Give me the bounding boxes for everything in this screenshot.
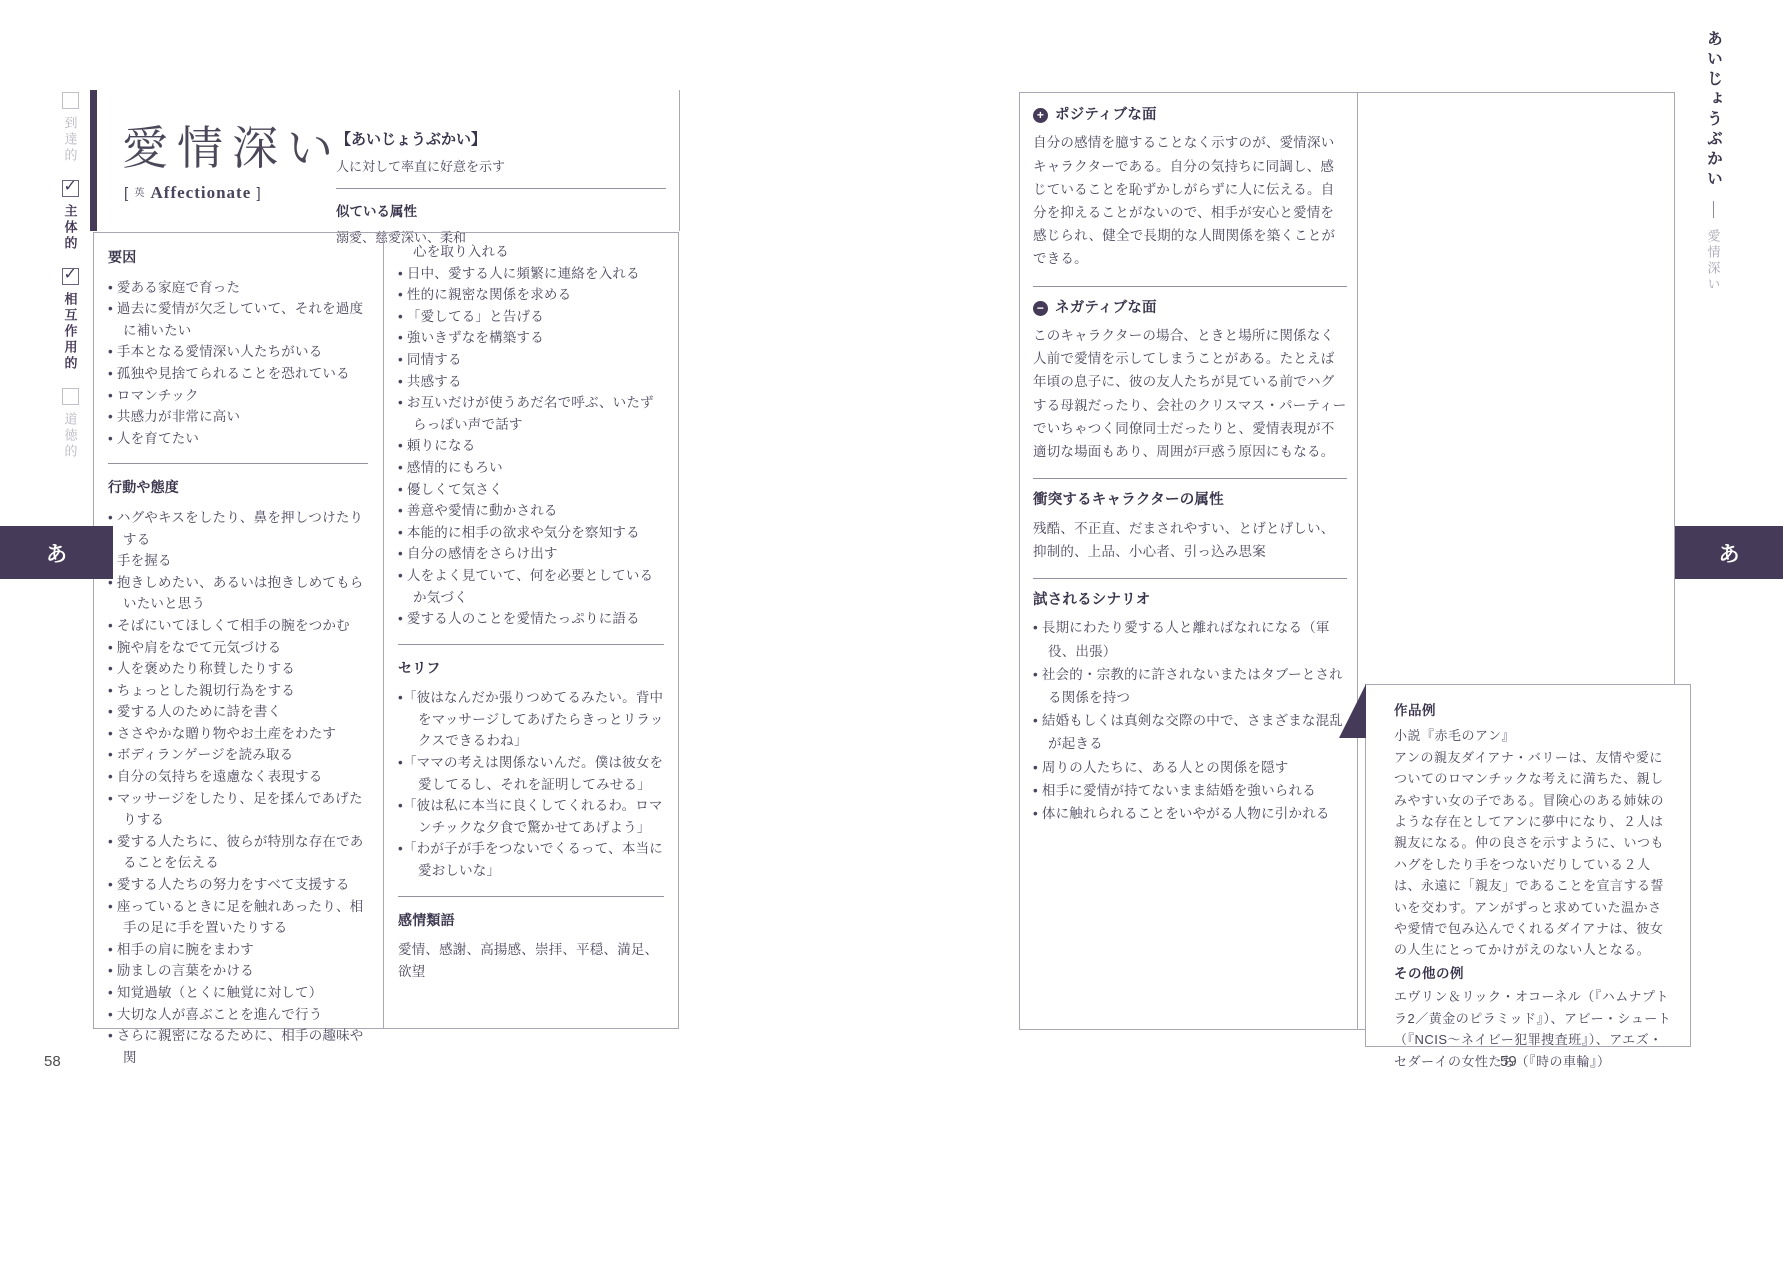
scenarios-list: 長期にわたり愛する人と離ればなれになる（軍役、出張）社会的・宗教的に許されないま… xyxy=(1033,616,1347,825)
causes-list: 愛ある家庭で育った過去に愛情が欠乏していて、それを過度に補いたい手本となる愛情深… xyxy=(108,277,370,450)
trait-category-checklist: 到達的 主体的 相互作用的 道徳的 xyxy=(56,92,84,460)
list-item: 自分の感情をさらけ出す xyxy=(398,543,666,565)
section-title: ネガティブな面 xyxy=(1055,300,1157,317)
list-item: マッサージをしたり、足を揉んであげたりする xyxy=(108,788,370,831)
positive-text: 自分の感情を臆することなく示すのが、愛情深いキャラクターである。自分の気持ちに同… xyxy=(1033,131,1347,270)
list-item: 社会的・宗教的に許されないまたはタブーとされる関係を持つ xyxy=(1033,663,1347,709)
entry-title: 愛情深い xyxy=(122,112,342,178)
page-margin-label: あいじょうぶかい 愛情深い xyxy=(1699,30,1727,293)
book-spread: 到達的 主体的 相互作用的 道徳的 愛情深い [ 英 Affectionate … xyxy=(0,0,1783,1275)
list-item: 抱きしめたい、あるいは抱きしめてもらいたいと思う xyxy=(108,572,370,615)
causes-heading: 要因 xyxy=(108,247,370,269)
divider xyxy=(398,896,664,897)
list-item: 強いきずなを構築する xyxy=(398,327,666,349)
list-item: 同情する xyxy=(398,349,666,371)
divider xyxy=(398,644,664,645)
column-divider xyxy=(1357,93,1358,1029)
behaviors-continuation: 心を取り入れる xyxy=(398,241,666,263)
category-item: 道徳的 xyxy=(61,388,80,460)
page-number-left: 58 xyxy=(44,1053,61,1070)
checkbox-icon xyxy=(62,268,79,285)
list-item: 愛する人たちの努力をすべて支援する xyxy=(108,874,370,896)
list-item: ハグやキスをしたり、鼻を押しつけたりする xyxy=(108,507,370,550)
minus-circle-icon: − xyxy=(1033,301,1048,316)
language-tag: 英 xyxy=(134,188,145,199)
negative-text: このキャラクターの場合、ときと場所に関係なく人前で愛情を示してしまうことがある。… xyxy=(1033,324,1347,463)
section-title: ポジティブな面 xyxy=(1055,107,1157,124)
list-item: 相手の肩に腕をまわす xyxy=(108,939,370,961)
list-item: お互いだけが使うあだ名で呼ぶ、いたずらっぽい声で話す xyxy=(398,392,666,435)
list-item: 人を褒めたり称賛したりする xyxy=(108,658,370,680)
quotes-heading: セリフ xyxy=(398,658,666,680)
list-item: そばにいてほしくて相手の腕をつかむ xyxy=(108,615,370,637)
list-item: 人を育てたい xyxy=(108,428,370,450)
left-column-2: 心を取り入れる 日中、愛する人に頻繁に連絡を入れる性的に親密な関係を求める「愛し… xyxy=(384,233,678,1028)
list-item: 励ましの言葉をかける xyxy=(108,960,370,982)
category-label: 到達的 xyxy=(61,116,80,164)
list-item: 知覚過敏（とくに触覚に対して） xyxy=(108,982,370,1004)
category-item: 到達的 xyxy=(61,92,80,164)
list-item: ボディランゲージを読み取る xyxy=(108,744,370,766)
list-item: 愛する人のことを愛情たっぷりに語る xyxy=(398,608,666,630)
works-title: 小説『赤毛のアン』 xyxy=(1394,725,1674,746)
divider xyxy=(1713,201,1714,218)
similar-traits-heading: 似ている属性 xyxy=(336,200,666,220)
right-column-1: + ポジティブな面 自分の感情を臆することなく示すのが、愛情深いキャラクターであ… xyxy=(1033,105,1347,825)
list-item: 結婚もしくは真剣な交際の中で、さまざまな混乱が起きる xyxy=(1033,709,1347,755)
margin-reading: あいじょうぶかい xyxy=(1702,30,1725,190)
divider xyxy=(1033,578,1347,579)
list-item: 頼りになる xyxy=(398,435,666,457)
entry-header: 愛情深い [ 英 Affectionate ] 【あいじょうぶかい】 人に対して… xyxy=(90,90,680,231)
list-item: 共感力が非常に高い xyxy=(108,406,370,428)
divider xyxy=(1033,286,1347,287)
list-item: 共感する xyxy=(398,371,666,393)
left-column-1: 要因 愛ある家庭で育った過去に愛情が欠乏していて、それを過度に補いたい手本となる… xyxy=(94,233,383,1028)
category-item: 主体的 xyxy=(61,180,80,252)
behaviors-list-col2: 日中、愛する人に頻繁に連絡を入れる性的に親密な関係を求める「愛してる」と告げる強… xyxy=(398,263,666,630)
list-item: 性的に親密な関係を求める xyxy=(398,284,666,306)
list-item: 「愛してる」と告げる xyxy=(398,306,666,328)
list-item: 周りの人たちに、ある人との関係を隠す xyxy=(1033,756,1347,779)
works-heading: 作品例 xyxy=(1394,700,1674,721)
section-title: 衝突するキャラクターの属性 xyxy=(1033,492,1224,509)
list-item: さらに親密になるために、相手の趣味や関 xyxy=(108,1025,370,1068)
entry-reading: 【あいじょうぶかい】 xyxy=(336,128,666,149)
list-item: 愛する人たちに、彼らが特別な存在であることを伝える xyxy=(108,831,370,874)
english-name: Affectionate xyxy=(151,183,252,202)
divider xyxy=(108,463,368,464)
kana-index-tab-right: あ xyxy=(1675,526,1783,579)
quote-item: 「ママの考えは関係ないんだ。僕は彼女を愛してるし、それを証明してみせる」 xyxy=(398,752,666,795)
list-item: 人をよく見ていて、何を必要としているか気づく xyxy=(398,565,666,608)
category-label: 道徳的 xyxy=(61,412,80,460)
list-item: 善意や愛情に動かされる xyxy=(398,500,666,522)
list-item: 腕や肩をなでて元気づける xyxy=(108,637,370,659)
behaviors-list-col1: ハグやキスをしたり、鼻を押しつけたりする手を握る抱きしめたい、あるいは抱きしめて… xyxy=(108,507,370,1068)
checkbox-icon xyxy=(62,388,79,405)
quote-item: 「わが子が手をつないでくるって、本当に愛おしいな」 xyxy=(398,838,666,881)
list-item: ささやかな贈り物やお土産をわたす xyxy=(108,723,370,745)
list-item: 相手に愛情が持てないまま結婚を強いられる xyxy=(1033,779,1347,802)
emotions-text: 愛情、感謝、高揚感、崇拝、平穏、満足、欲望 xyxy=(398,939,666,982)
list-item: ロマンチック xyxy=(108,385,370,407)
plus-circle-icon: + xyxy=(1033,108,1048,123)
emotions-heading: 感情類語 xyxy=(398,910,666,932)
list-item: 過去に愛情が欠乏していて、それを過度に補いたい xyxy=(108,298,370,341)
list-item: 体に触れられることをいやがる人物に引かれる xyxy=(1033,802,1347,825)
quote-item: 「彼は私に本当に良くしてくれるわ。ロマンチックな夕食で驚かせてあげよう」 xyxy=(398,795,666,838)
quotes-list: 「彼はなんだか張りつめてるみたい。背中をマッサージしてあげたらきっとリラックスで… xyxy=(398,687,666,881)
left-page-content-box: 要因 愛ある家庭で育った過去に愛情が欠乏していて、それを過度に補いたい手本となる… xyxy=(93,232,679,1029)
list-item: 愛ある家庭で育った xyxy=(108,277,370,299)
list-item: ちょっとした親切行為をする xyxy=(108,680,370,702)
category-label: 主体的 xyxy=(61,204,80,252)
conflicting-text: 残酷、不正直、だまされやすい、とげとげしい、抑制的、上品、小心者、引っ込み思案 xyxy=(1033,517,1347,563)
list-item: 手を握る xyxy=(108,550,370,572)
list-item: 手本となる愛情深い人たちがいる xyxy=(108,341,370,363)
entry-english-name: [ 英 Affectionate ] xyxy=(124,183,262,203)
negative-section-heading: − ネガティブな面 xyxy=(1033,300,1347,317)
works-example-box: 作品例 小説『赤毛のアン』 アンの親友ダイアナ・バリーは、友情や愛についてのロマ… xyxy=(1365,684,1691,1047)
list-item: 優しくて気さく xyxy=(398,479,666,501)
list-item: 孤独や見捨てられることを恐れている xyxy=(108,363,370,385)
category-label: 相互作用的 xyxy=(61,292,80,372)
divider xyxy=(336,188,666,189)
checkbox-icon xyxy=(62,180,79,197)
checkbox-icon xyxy=(62,92,79,109)
list-item: 自分の気持ちを遠慮なく表現する xyxy=(108,766,370,788)
list-item: 大切な人が喜ぶことを進んで行う xyxy=(108,1004,370,1026)
list-item: 日中、愛する人に頻繁に連絡を入れる xyxy=(398,263,666,285)
entry-definition: 人に対して率直に好意を示す xyxy=(336,156,666,175)
works-description: アンの親友ダイアナ・バリーは、友情や愛についてのロマンチックな考えに満ちた、親し… xyxy=(1394,747,1674,961)
kana-index-tab-left: あ xyxy=(0,526,113,579)
list-item: 感情的にもろい xyxy=(398,457,666,479)
margin-entry-title: 愛情深い xyxy=(1704,229,1723,293)
bracket-open: [ xyxy=(124,185,129,202)
quote-item: 「彼はなんだか張りつめてるみたい。背中をマッサージしてあげたらきっとリラックスで… xyxy=(398,687,666,752)
works-others-heading: その他の例 xyxy=(1394,963,1674,984)
entry-header-side: 【あいじょうぶかい】 人に対して率直に好意を示す 似ている属性 溺愛、慈愛深い、… xyxy=(336,128,666,246)
positive-section-heading: + ポジティブな面 xyxy=(1033,107,1347,124)
list-item: 座っているときに足を触れあったり、相手の足に手を置いたりする xyxy=(108,896,370,939)
list-item: 愛する人のために詩を書く xyxy=(108,701,370,723)
divider xyxy=(1033,478,1347,479)
section-title: 試されるシナリオ xyxy=(1033,592,1150,609)
list-item: 長期にわたり愛する人と離ればなれになる（軍役、出張） xyxy=(1033,616,1347,662)
conflicting-section-heading: 衝突するキャラクターの属性 xyxy=(1033,492,1347,509)
scenarios-section-heading: 試されるシナリオ xyxy=(1033,592,1347,609)
category-item: 相互作用的 xyxy=(61,268,80,372)
bracket-close: ] xyxy=(256,185,261,202)
works-others-text: エヴリン＆リック・オコーネル（『ハムナプトラ2／黄金のピラミッド』）、アビー・シ… xyxy=(1394,986,1674,1072)
accent-bar xyxy=(90,90,97,231)
list-item: 本能的に相手の欲求や気分を察知する xyxy=(398,522,666,544)
behaviors-heading: 行動や態度 xyxy=(108,477,370,499)
